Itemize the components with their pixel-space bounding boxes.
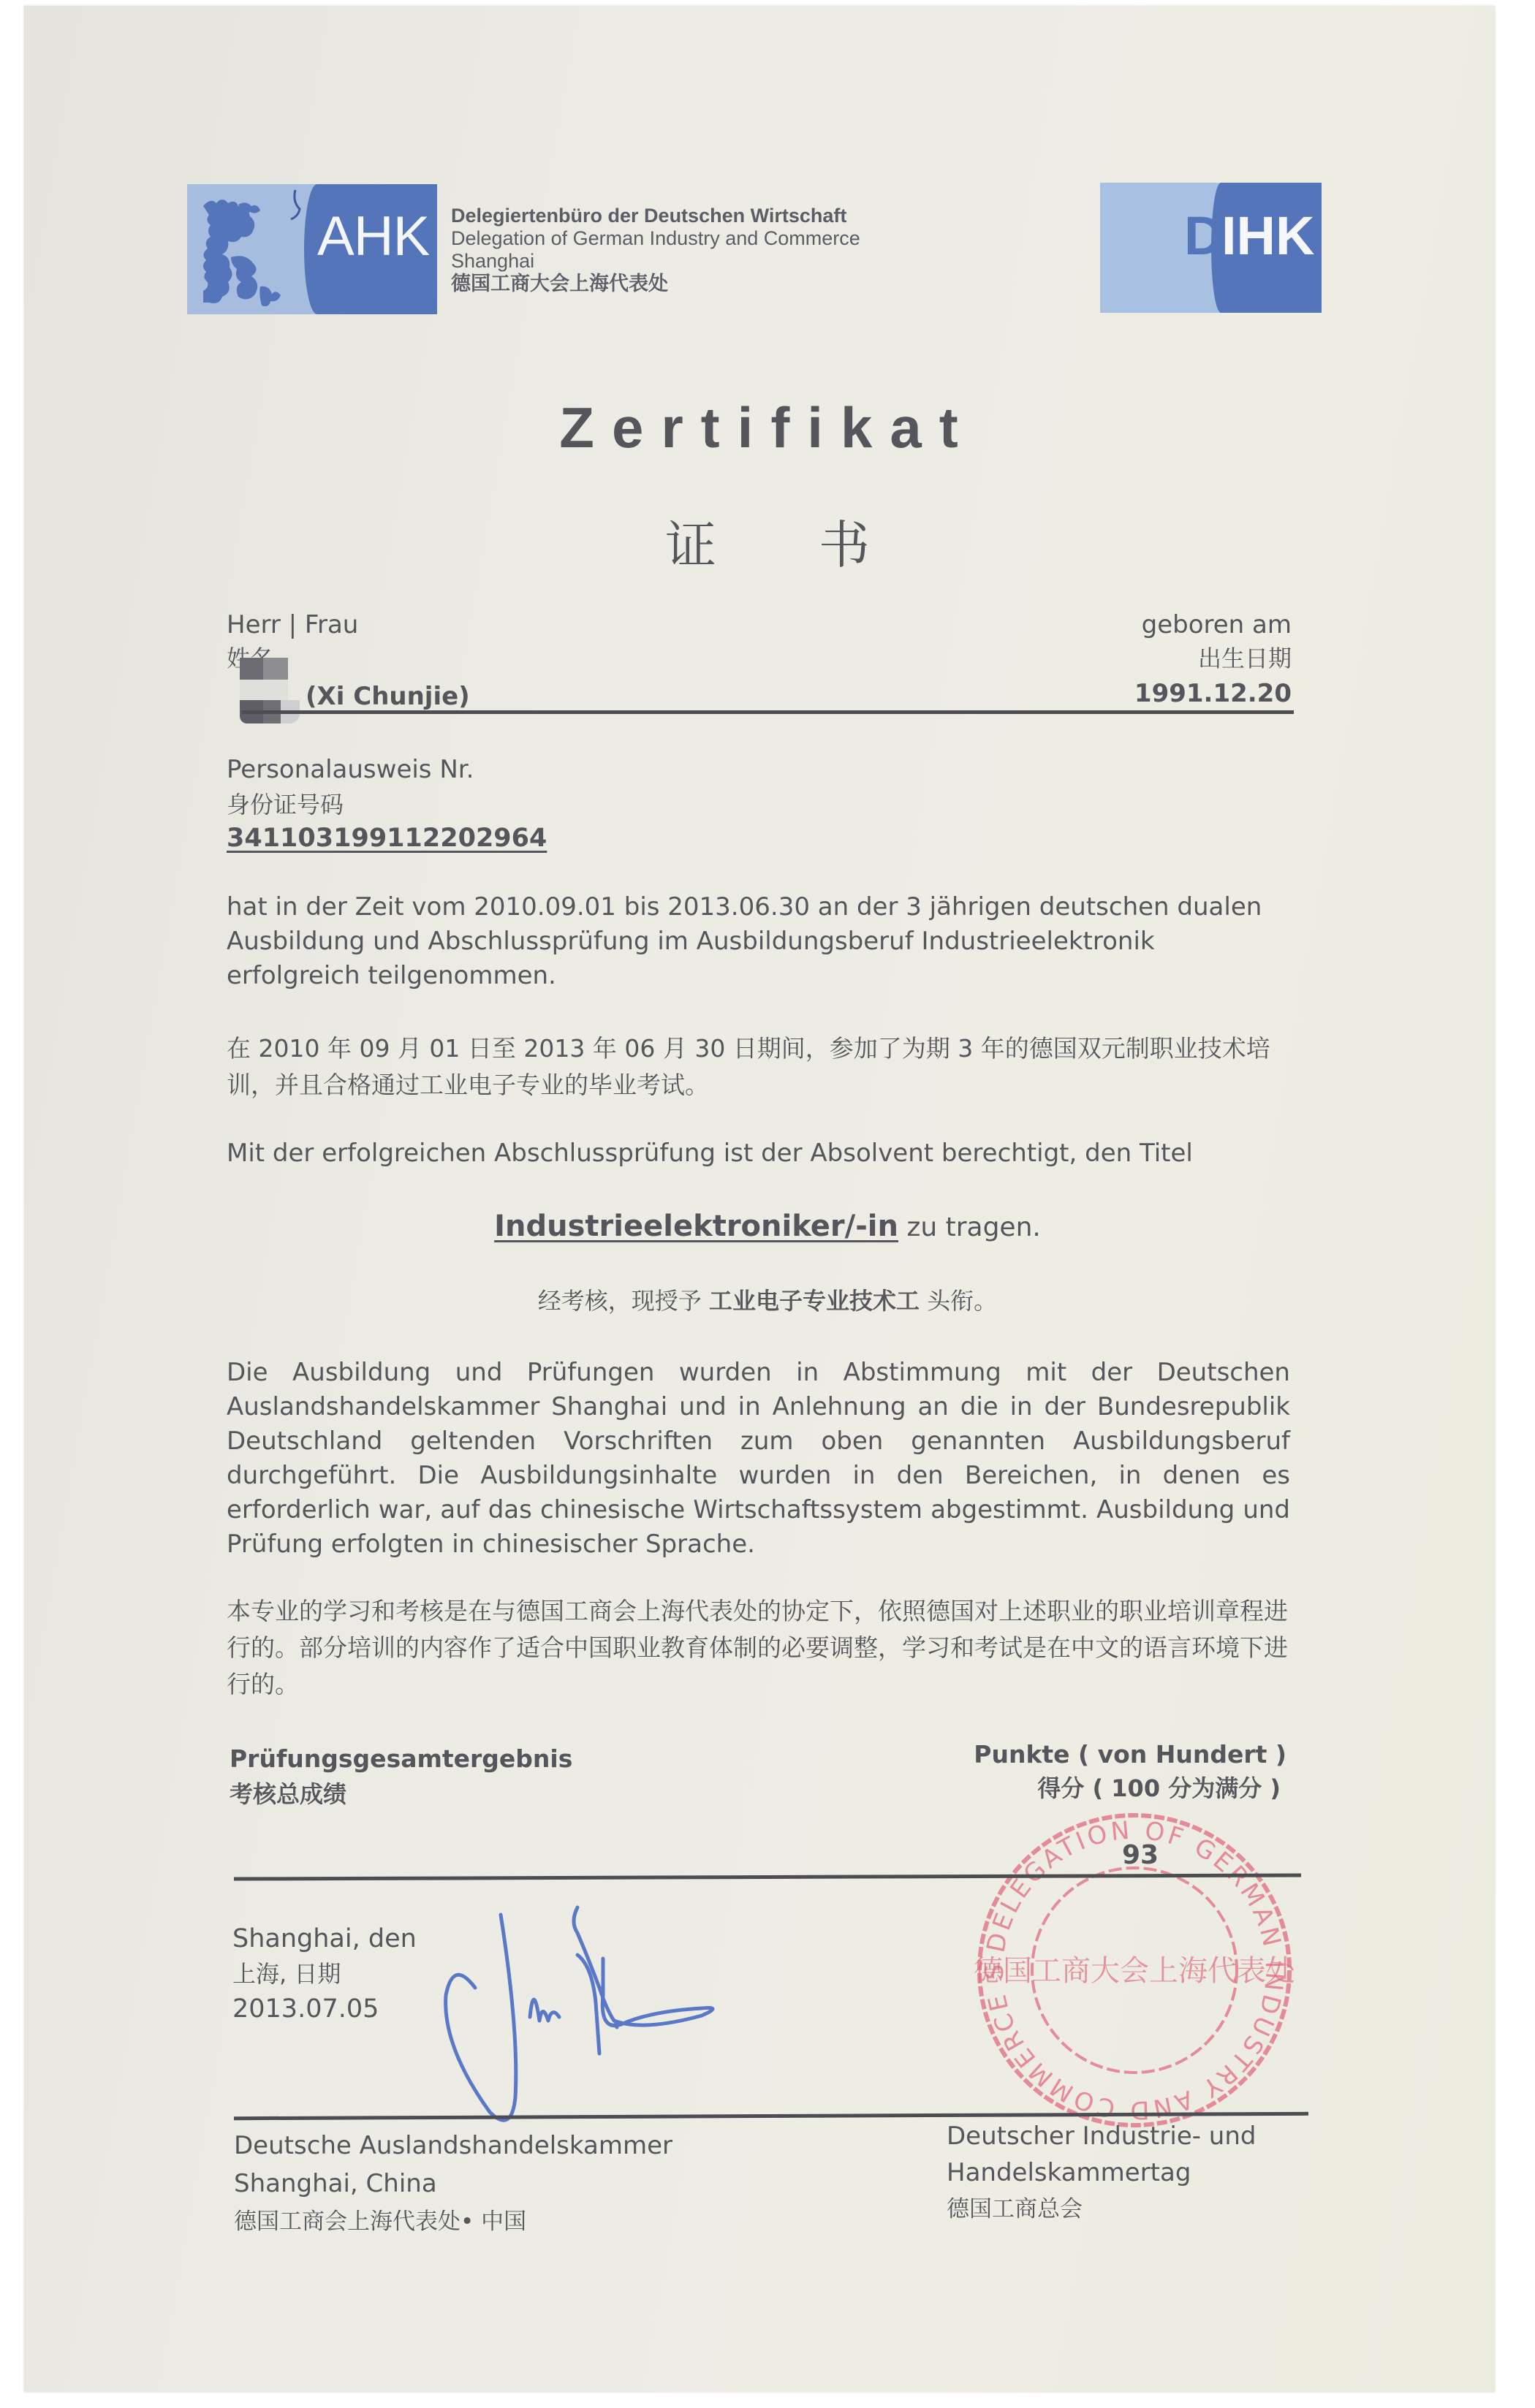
- right-org-line: Deutscher Industrie- und: [947, 2118, 1257, 2154]
- signing-place-de: Shanghai, den: [232, 1922, 417, 1956]
- right-org-line: Handelskammertag: [947, 2154, 1257, 2191]
- awarded-title-line: Industrieelektroniker/-in zu tragen.: [0, 1209, 1535, 1243]
- right-organization: Deutscher Industrie- und Handelskammerta…: [947, 2118, 1257, 2227]
- left-org-line: Shanghai, China: [234, 2165, 672, 2203]
- ahk-caption-line: Delegation of German Industry and Commer…: [451, 227, 860, 250]
- title-chinese: 证书: [0, 504, 1535, 578]
- ahk-caption: Delegiertenbüro der Deutschen Wirtschaft…: [451, 205, 860, 295]
- name-underline: [241, 710, 1294, 714]
- awarded-zh-title: 工业电子专业技术工: [709, 1287, 920, 1315]
- paragraph-participation-de: hat in der Zeit vom 2010.09.01 bis 2013.…: [227, 890, 1290, 993]
- salutation-label: Herr | Frau: [227, 608, 358, 642]
- handwritten-signature: [424, 1885, 731, 2127]
- awarded-title: Industrieelektroniker/-in: [494, 1209, 898, 1243]
- paragraph-title-intro-de: Mit der erfolgreichen Abschlussprüfung i…: [227, 1136, 1290, 1171]
- ahk-logo: AHK: [187, 184, 437, 314]
- id-label-de: Personalausweis Nr.: [227, 753, 474, 786]
- signing-place-zh: 上海, 日期: [232, 1957, 341, 1991]
- birth-value: 1991.12.20: [1134, 677, 1292, 710]
- awarded-zh-suffix: 头衔。: [920, 1287, 997, 1315]
- awarded-title-zh-line: 经考核，现授予 工业电子专业技术工 头衔。: [0, 1283, 1535, 1316]
- result-label-zh: 考核总成绩: [230, 1777, 346, 1811]
- id-label-zh: 身份证号码: [227, 788, 344, 821]
- birth-label-de: geboren am: [1142, 608, 1292, 642]
- dihk-logo: D IHK: [1100, 183, 1322, 313]
- dihk-logo-ihk: IHK: [1221, 205, 1314, 267]
- awarded-zh-prefix: 经考核，现授予: [538, 1287, 709, 1315]
- dihk-logo-d: D: [1184, 205, 1223, 267]
- points-label-zh: 得分 ( 100 分为满分 ): [1037, 1771, 1281, 1805]
- points-label-de: Punkte ( von Hundert ): [974, 1738, 1286, 1771]
- left-organization: Deutsche Auslandshandelskammer Shanghai,…: [234, 2127, 672, 2241]
- left-org-line: 德国工商会上海代表处• 中国: [234, 2203, 672, 2241]
- paragraph-regulations-de: Die Ausbildung und Prüfungen wurden in A…: [227, 1356, 1290, 1562]
- ahk-logo-text: AHK: [317, 205, 429, 268]
- ahk-caption-line: Delegiertenbüro der Deutschen Wirtschaft: [451, 205, 860, 227]
- ahk-caption-line: Shanghai: [451, 250, 860, 273]
- dragon-icon: [187, 184, 308, 314]
- id-value: 341103199112202964: [227, 821, 547, 855]
- score-value: 93: [1104, 1840, 1177, 1870]
- ahk-caption-line: 德国工商大会上海代表处: [451, 273, 860, 295]
- paragraph-regulations-zh: 本专业的学习和考核是在与德国工商会上海代表处的协定下，依照德国对上述职业的职业培…: [227, 1593, 1290, 1703]
- result-label-de: Prüfungsgesamtergebnis: [230, 1742, 572, 1776]
- signing-date: 2013.07.05: [232, 1992, 379, 2026]
- right-org-line: 德国工商总会: [947, 2191, 1257, 2227]
- name-value: (Xi Chunjie): [306, 680, 470, 713]
- paragraph-participation-zh: 在 2010 年 09 月 01 日至 2013 年 06 月 30 日期间，参…: [227, 1030, 1290, 1104]
- title-german: Zertifikat: [0, 395, 1535, 461]
- awarded-title-suffix: zu tragen.: [898, 1212, 1041, 1242]
- stamp-inner-text: 德国工商大会上海代表处: [974, 1954, 1295, 1988]
- birth-label-zh: 出生日期: [1198, 642, 1292, 675]
- left-org-line: Deutsche Auslandshandelskammer: [234, 2127, 672, 2165]
